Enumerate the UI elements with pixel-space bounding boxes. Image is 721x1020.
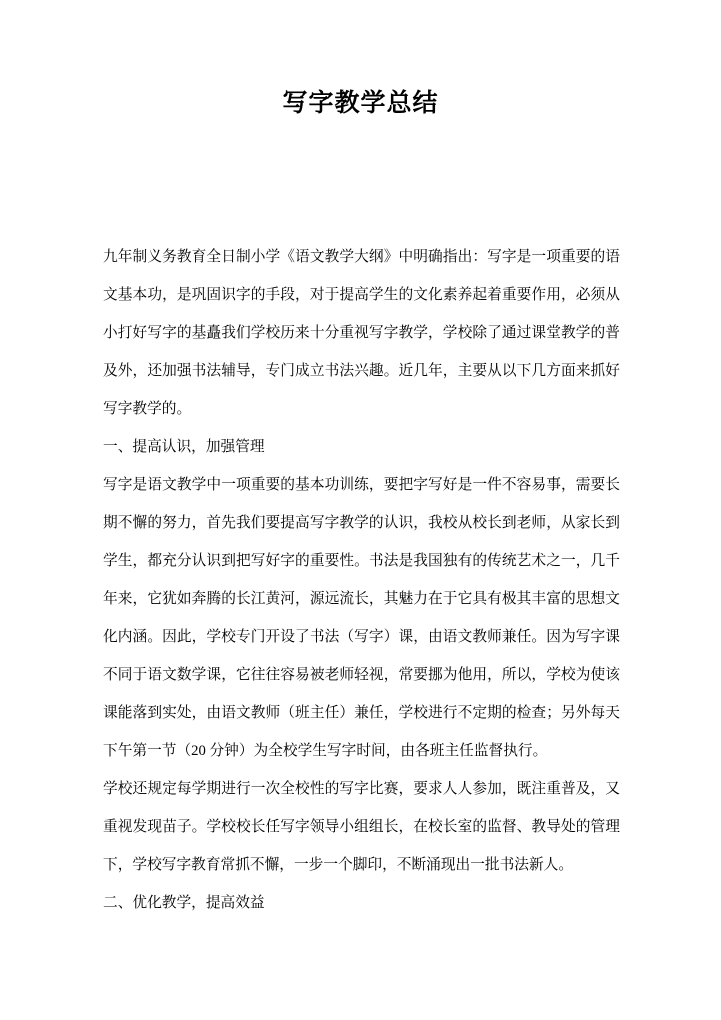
section-heading-1: 一、提高认识，加强管理 xyxy=(103,428,620,466)
section-heading-2: 二、优化教学，提高效益 xyxy=(103,884,620,922)
document-body: 九年制义务教育全日制小学《语文教学大纲》中明确指出：写字是一项重要的语文基本功，… xyxy=(0,117,721,922)
paragraph-section1-b: 学校还规定每学期进行一次全校性的写字比赛，要求人人参加，既注重普及，又重视发现苗… xyxy=(103,770,620,884)
document-page: 写字教学总结 九年制义务教育全日制小学《语文教学大纲》中明确指出：写字是一项重要… xyxy=(0,0,721,1020)
document-title: 写字教学总结 xyxy=(0,0,721,117)
paragraph-intro: 九年制义务教育全日制小学《语文教学大纲》中明确指出：写字是一项重要的语文基本功，… xyxy=(103,238,620,428)
paragraph-section1-a: 写字是语文教学中一项重要的基本功训练，要把字写好是一件不容易事，需要长期不懈的努… xyxy=(103,466,620,770)
